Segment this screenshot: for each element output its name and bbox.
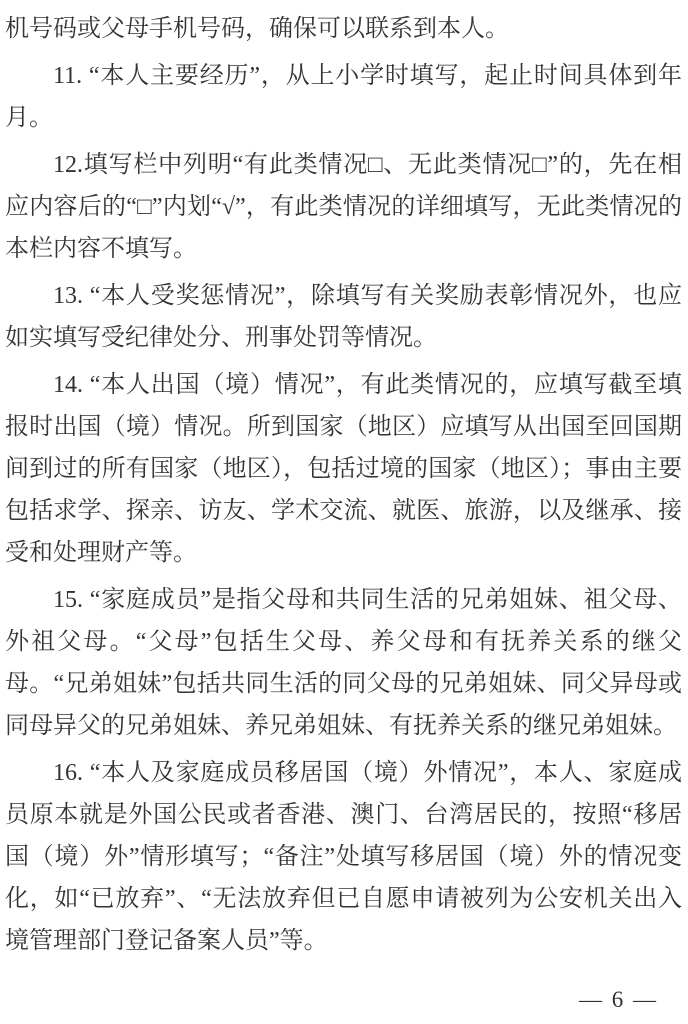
paragraph-12: 12.填写栏中列明“有此类情况□、无此类情况□”的，先在相应内容后的“□”内划“… <box>5 144 682 270</box>
paragraph-13: 13. “本人受奖惩情况”，除填写有关奖励表彰情况外，也应如实填写受纪律处分、刑… <box>5 275 682 359</box>
paragraph-11: 11. “本人主要经历”，从上小学时填写，起止时间具体到年月。 <box>5 55 682 139</box>
paragraph-14: 14. “本人出国（境）情况”，有此类情况的，应填写截至填报时出国（境）情况。所… <box>5 364 682 574</box>
page-number: — 6 — <box>579 986 658 1014</box>
document-body: 机号码或父母手机号码，确保可以联系到本人。 11. “本人主要经历”，从上小学时… <box>5 8 682 962</box>
document-page: 机号码或父母手机号码，确保可以联系到本人。 11. “本人主要经历”，从上小学时… <box>0 0 688 1024</box>
paragraph-16: 16. “本人及家庭成员移居国（境）外情况”，本人、家庭成员原本就是外国公民或者… <box>5 752 682 962</box>
paragraph-10-continuation: 机号码或父母手机号码，确保可以联系到本人。 <box>5 8 682 50</box>
paragraph-15: 15. “家庭成员”是指父母和共同生活的兄弟姐妹、祖父母、外祖父母。“父母”包括… <box>5 579 682 747</box>
